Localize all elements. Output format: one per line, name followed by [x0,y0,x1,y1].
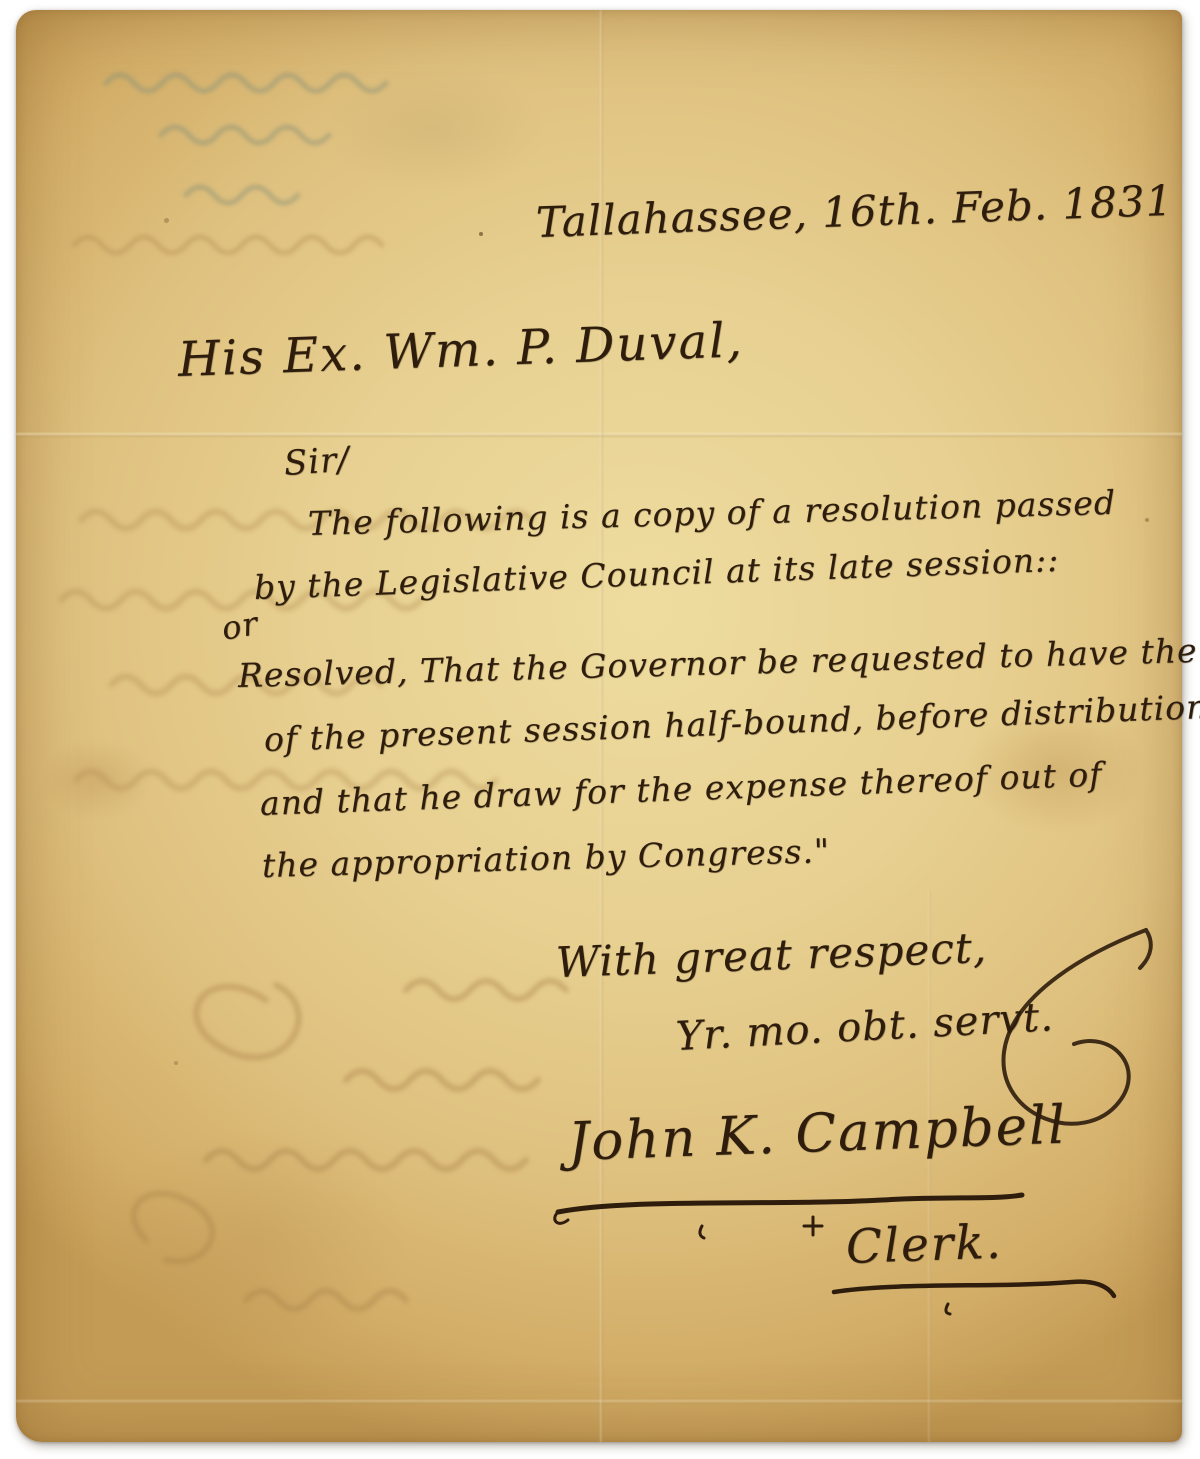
body-line: The following is a copy of a resolution … [307,483,1116,543]
bleed-through-ghost-writing-top [66,55,496,255]
signer-title: Clerk. [845,1215,1004,1275]
signature: John K. Campbell [567,1095,1068,1173]
margin-mark: or [219,604,262,648]
horizontal-fold-crease [16,1400,1182,1404]
resolution-line: of the present session half-bound, befor… [263,687,1200,759]
closing-line: With great respect, [555,923,988,987]
closing-line: Yr. mo. obt. servt. [675,994,1055,1060]
ink-speck [1145,518,1149,522]
body-line: by the Legislative Council at its late s… [253,540,1060,607]
dateline: Tallahassee, 16th. Feb. 1831 [535,176,1174,247]
horizontal-fold-crease [16,433,1182,437]
resolution-line: the appropriation by Congress." [261,831,830,885]
addressee-line: His Ex. Wm. P. Duval, [177,312,745,388]
title-underline-flourish [828,1276,1118,1320]
resolution-line: Resolved, That the Governor be requested… [237,628,1200,695]
ink-speck [479,232,483,236]
ink-speck [164,218,169,223]
resolution-line: and that he draw for the expense thereof… [259,755,1103,823]
letter-page: Tallahassee, 16th. Feb. 1831 His Ex. Wm.… [16,10,1182,1442]
ink-speck [174,1061,178,1065]
salutation: Sir/ [283,439,352,483]
